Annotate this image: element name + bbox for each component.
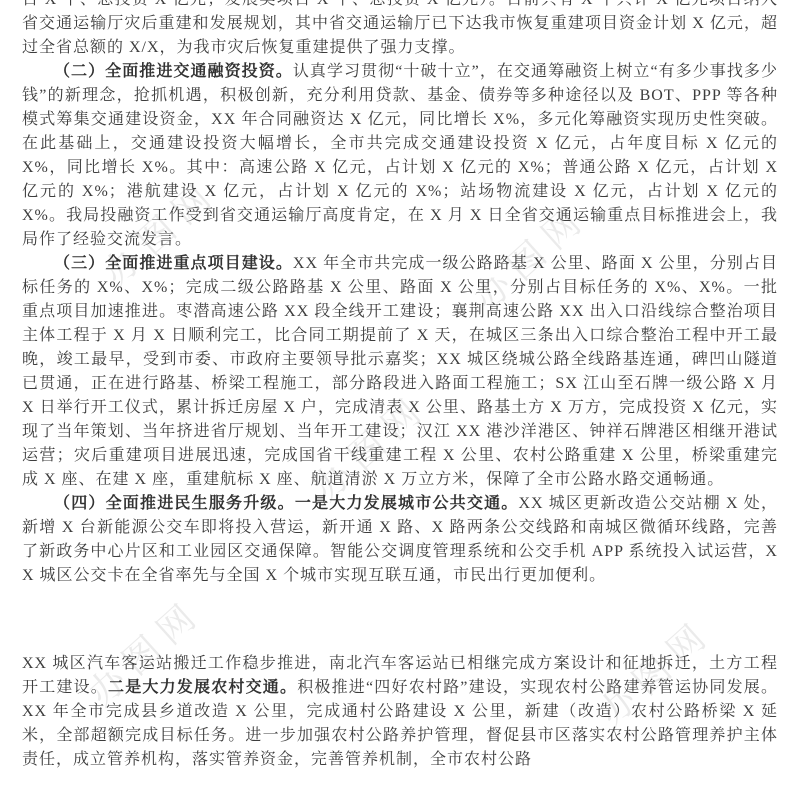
text-segment: 认真学习贯彻“十破十立”，在交通筹融资上树立“有多少事找多少钱”的新理念，抢抓机… — [22, 63, 778, 248]
text-segment: （四）全面推进民生服务升级。 — [54, 495, 295, 512]
paragraph: 目 X 个、总投资 X 亿元；发展类项目 X 个、总投资 X 亿元）。目前共有 … — [22, 0, 778, 60]
paragraph: XX 城区汽车客运站搬迁工作稳步推进，南北汽车客运站已相继完成方案设计和征地拆迁… — [22, 652, 778, 772]
document-body: 目 X 个、总投资 X 亿元；发展类项目 X 个、总投资 X 亿元）。目前共有 … — [22, 0, 778, 772]
text-segment: （二）全面推进交通融资投资。 — [54, 63, 293, 80]
paragraph: （四）全面推进民生服务升级。一是大力发展城市公共交通。XX 城区更新改造公交站棚… — [22, 492, 778, 588]
text-segment: 目 X 个、总投资 X 亿元；发展类项目 X 个、总投资 X 亿元）。目前共有 … — [22, 0, 778, 56]
document-page: 办图网办图网办图网办图网办图网 目 X 个、总投资 X 亿元；发展类项目 X 个… — [0, 0, 800, 800]
text-segment: XX 年全市共完成一级公路路基 X 公里、路面 X 公里，分别占目标任务的 X%… — [22, 255, 778, 488]
text-segment: 二是大力发展农村交通。 — [108, 679, 297, 696]
paragraph: （三）全面推进重点项目建设。XX 年全市共完成一级公路路基 X 公里、路面 X … — [22, 252, 778, 492]
text-segment: （三）全面推进重点项目建设。 — [54, 255, 293, 272]
paragraph: （二）全面推进交通融资投资。认真学习贯彻“十破十立”，在交通筹融资上树立“有多少… — [22, 60, 778, 252]
text-segment: 一是大力发展城市公共交通。 — [295, 495, 519, 512]
